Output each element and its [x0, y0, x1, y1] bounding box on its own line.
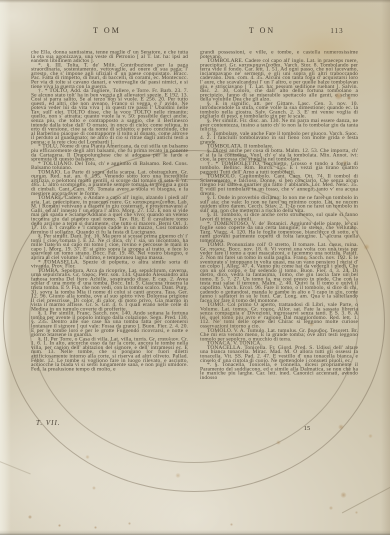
stain-patch: [180, 290, 270, 350]
dictionary-entry-paragraph: §. E in signific. att. per Gittare. Lasc…: [200, 101, 358, 118]
dictionary-entry-paragraph: §. I. Onde in proverbio diciamo: Io non …: [200, 196, 358, 213]
foxing-spot: [355, 511, 358, 514]
volume-marker: T. VII.: [36, 419, 61, 427]
foxing-spot: [175, 473, 181, 478]
scanned-dictionary-page: T OM T ON 113 che Ella, donna santissima…: [0, 0, 390, 535]
left-column-text: che Ella, donna santissima, tenne maglie…: [31, 50, 188, 371]
dictionary-entry-paragraph: TOMAIO. La Parte di sopra della scarpa. …: [31, 170, 188, 196]
stain-patch: [286, 30, 356, 68]
foxing-spot: [128, 522, 131, 525]
foxing-spot: [363, 244, 370, 250]
dictionary-entry-paragraph: * TOLU, Nome di una Pianta Americana, da…: [31, 144, 188, 161]
signature-mark: 15: [296, 425, 318, 432]
foxing-spot: [303, 256, 309, 261]
dictionary-entry-paragraph: §. II. Per Torre, o Casa di villa. Lat. …: [31, 337, 188, 371]
foxing-spot: [94, 526, 97, 529]
foxing-spot: [347, 96, 351, 100]
dictionary-entry-paragraph: *. §. III. Tolta, T. de' Milit. Contribu…: [31, 63, 188, 89]
dictionary-entry-paragraph: *. §. Tonacella, Tonicella, e Tonnella, …: [200, 363, 358, 380]
foxing-spot: [58, 524, 61, 527]
dictionary-entry-paragraph: TOMARE. Cadere, o Andare a capo all' ing…: [31, 196, 188, 235]
foxing-spot: [92, 486, 96, 490]
running-title-left: T OM: [55, 26, 159, 35]
right-column: grandi possessioni, e ville, e tombe, e …: [200, 50, 358, 423]
left-column: che Ella, donna santissima, tenne maglie…: [31, 50, 188, 421]
dictionary-entry-paragraph: §. Per similit. Dant. Inf. 16. Ma pero s…: [31, 234, 188, 260]
running-title-right: T ON: [212, 26, 312, 35]
foxing-spot: [334, 92, 343, 100]
foxing-spot: [329, 506, 333, 510]
foxing-spot: [338, 424, 344, 430]
dictionary-entry-paragraph: †. * TOLTO, Add. da Togliere, Tollere, e…: [31, 89, 188, 145]
foxing-spot: [28, 515, 32, 519]
paper-crease: [342, 480, 390, 514]
dictionary-entry-paragraph: §. Per similit. Fir. disc. an. 130. Ne m…: [200, 119, 358, 132]
foxing-spot: [368, 434, 373, 438]
foxing-spot: [340, 492, 347, 498]
foxing-spot: [230, 523, 233, 526]
dictionary-entry-paragraph: che Ella, donna santissima, tenne maglie…: [31, 50, 188, 63]
foxing-spot: [85, 455, 90, 459]
dictionary-entry-paragraph: TOMBA. Sepoltura, Arca da ricoprire. Lat…: [31, 268, 188, 311]
dictionary-entry-paragraph: §. I. Per similit. Franc. Sacch. nov. 14…: [31, 311, 188, 337]
dictionary-entry-paragraph: §. Dicesi anche per cosa di botta. Malm.…: [200, 148, 358, 161]
foxing-spot: [342, 160, 348, 165]
foxing-spot: [309, 322, 314, 327]
paper-crease: [0, 459, 31, 475]
foxing-spot: [276, 440, 281, 445]
dictionary-entry-paragraph: *. TOMENTOSO, V. de' Botanici. Aggiunto …: [200, 221, 358, 242]
text-columns: che Ella, donna santissima, tenne maglie…: [31, 50, 358, 423]
dictionary-entry-paragraph: TOMBOLO. Capitombolo. Cant. Carn. Ott. 7…: [200, 174, 358, 195]
